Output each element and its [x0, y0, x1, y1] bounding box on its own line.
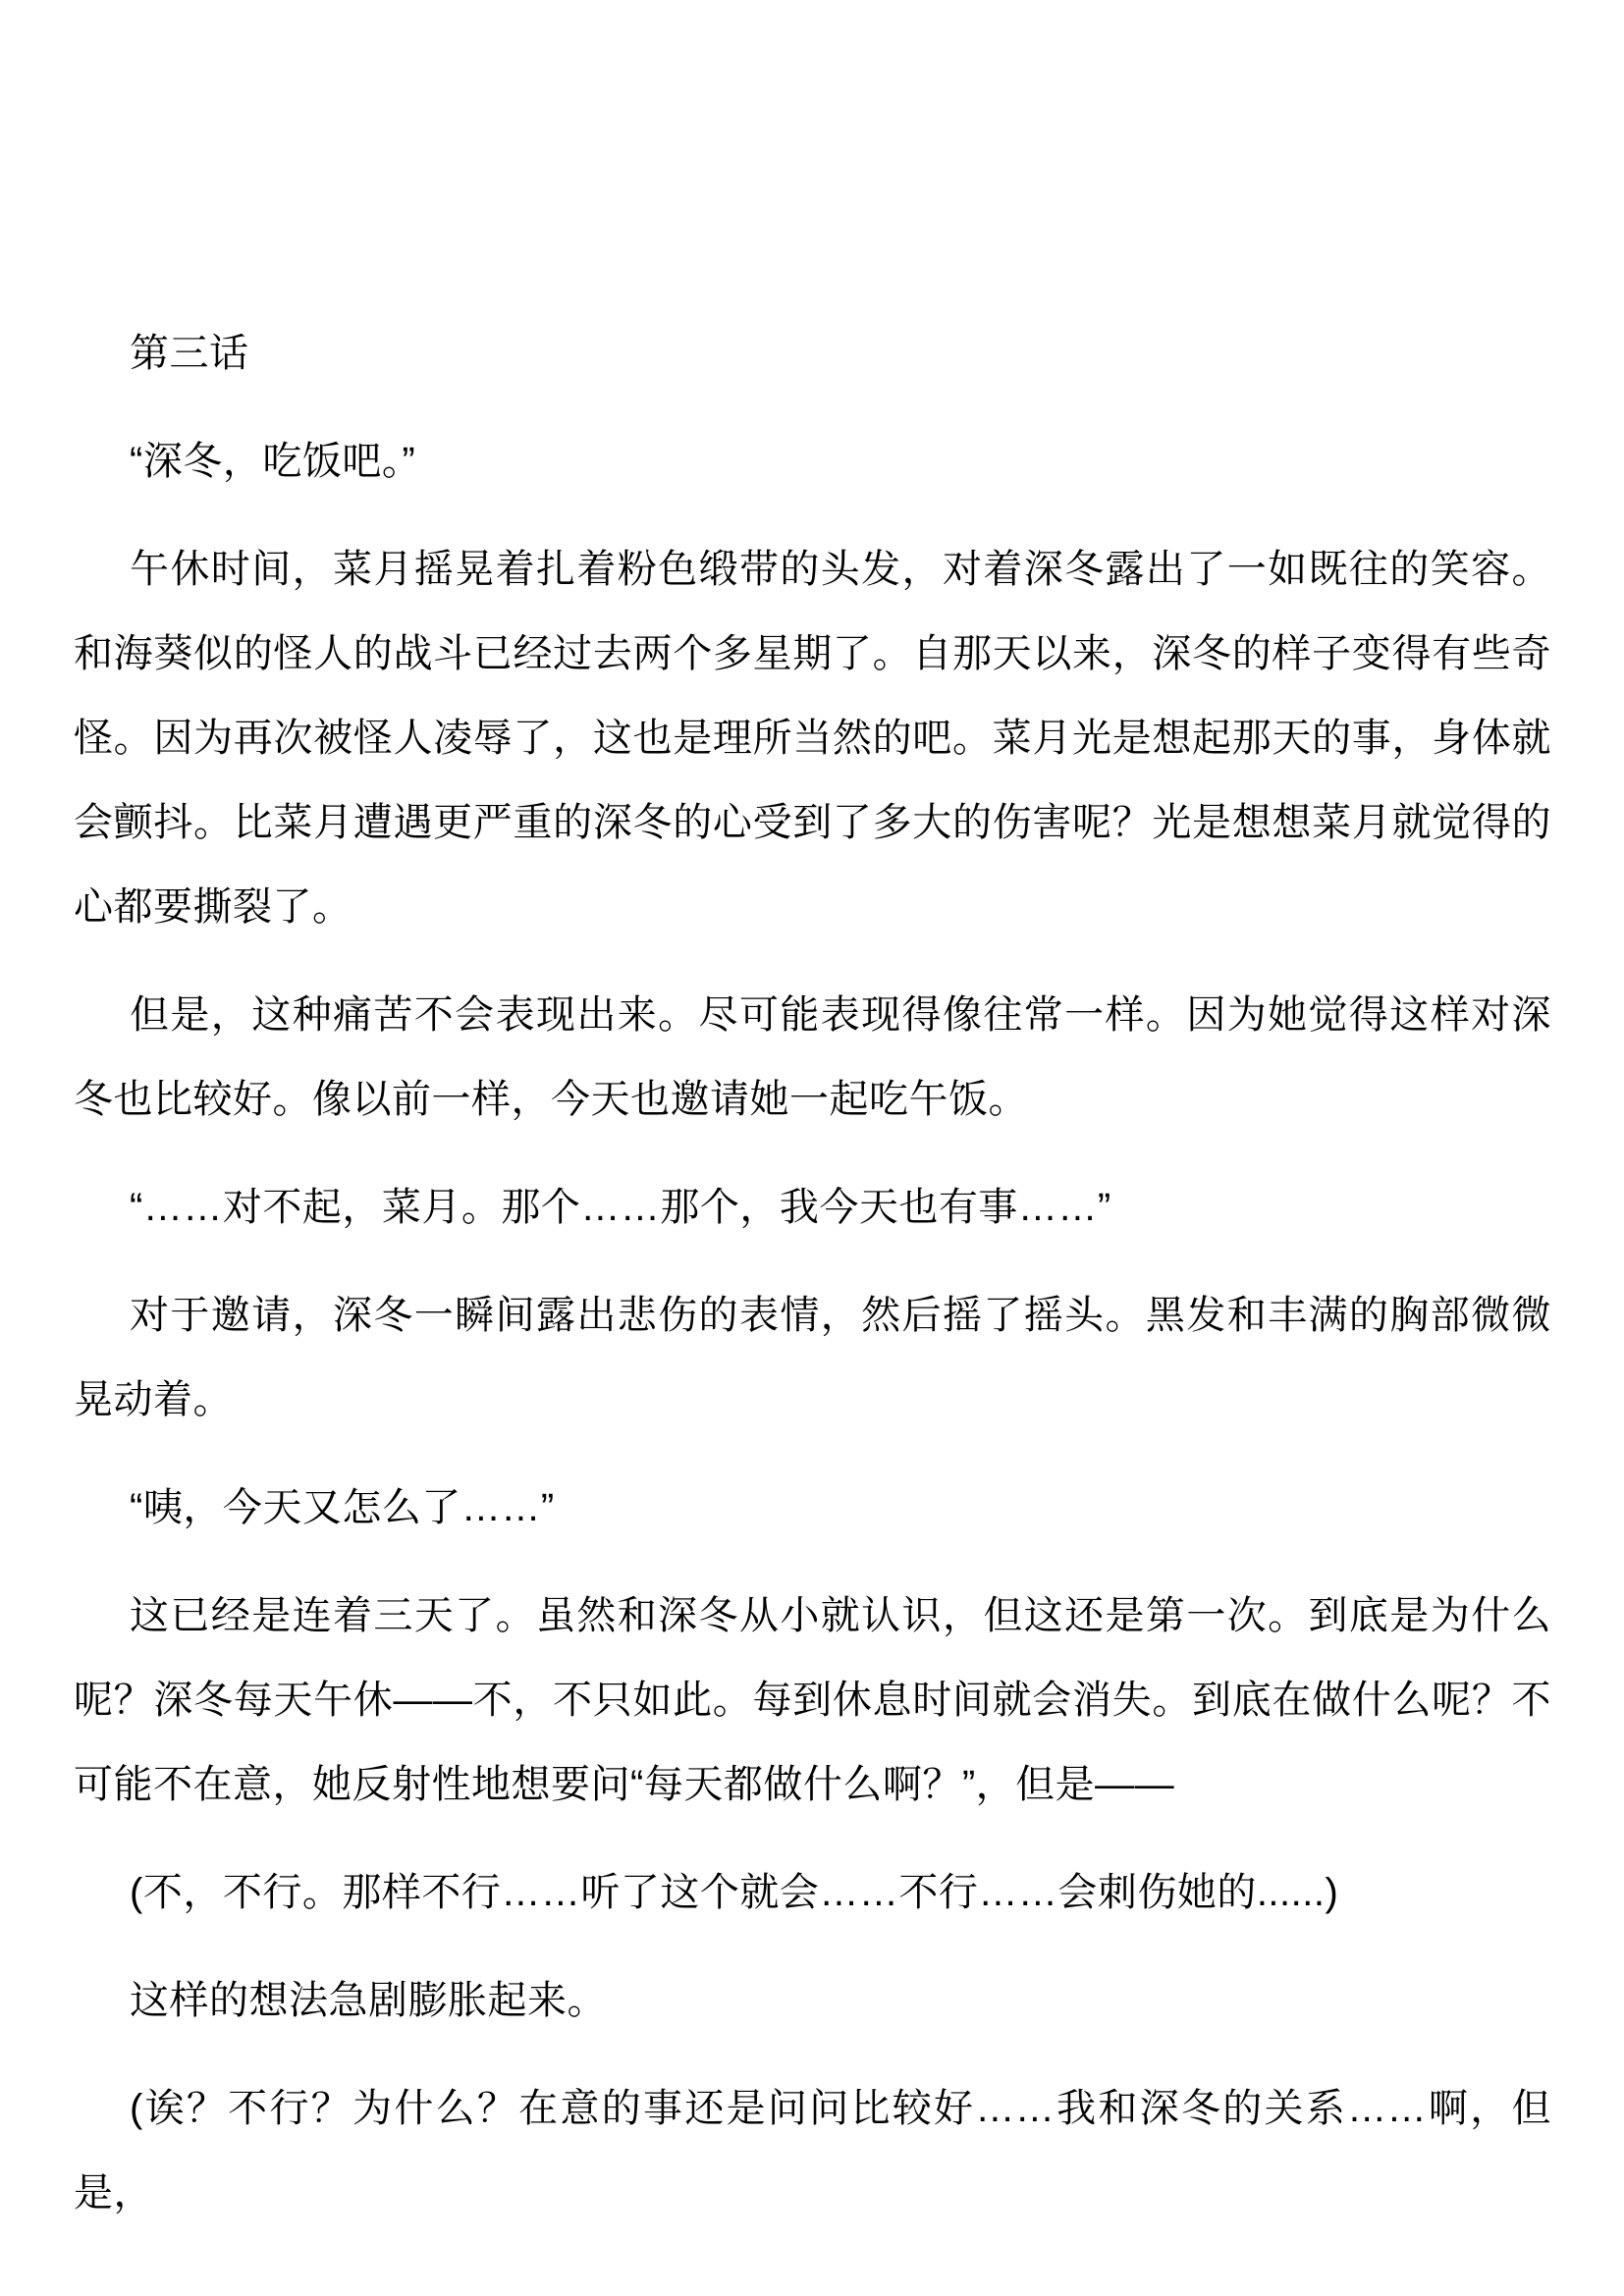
document-page: 第三话 “深冬，吃饭吧。” 午休时间，菜月摇晃着扎着粉色缎带的头发，对着深冬露出… [0, 0, 1624, 2296]
paragraph: 午休时间，菜月摇晃着扎着粉色缎带的头发，对着深冬露出了一如既往的笑容。和海葵似的… [74, 527, 1551, 949]
document-body: 第三话 “深冬，吃饭吧。” 午休时间，菜月摇晃着扎着粉色缎带的头发，对着深冬露出… [0, 0, 1624, 2235]
paragraph: 对于邀请，深冬一瞬间露出悲伤的表情，然后摇了摇头。黑发和丰满的胸部微微晃动着。 [74, 1273, 1551, 1442]
chapter-title: 第三话 [74, 311, 1551, 396]
paragraph: 但是，这种痛苦不会表现出来。尽可能表现得像往常一样。因为她觉得这样对深冬也比较好… [74, 973, 1551, 1142]
dialogue-line: “……对不起，菜月。那个……那个，我今天也有事……” [74, 1165, 1551, 1250]
paragraph: 这样的想法急剧膨胀起来。 [74, 1958, 1551, 2043]
inner-thought-line: (不，不行。那样不行……听了这个就会……不行……会刺伤她的......) [74, 1850, 1551, 1935]
dialogue-line: “深冬，吃饭吧。” [74, 419, 1551, 504]
inner-thought-line: (诶？不行？为什么？在意的事还是问问比较好……我和深冬的关系……啊，但是， [74, 2066, 1551, 2235]
paragraph: 这已经是连着三天了。虽然和深冬从小就认识，但这还是第一次。到底是为什么呢？深冬每… [74, 1574, 1551, 1827]
dialogue-line: “咦，今天又怎么了……” [74, 1466, 1551, 1550]
